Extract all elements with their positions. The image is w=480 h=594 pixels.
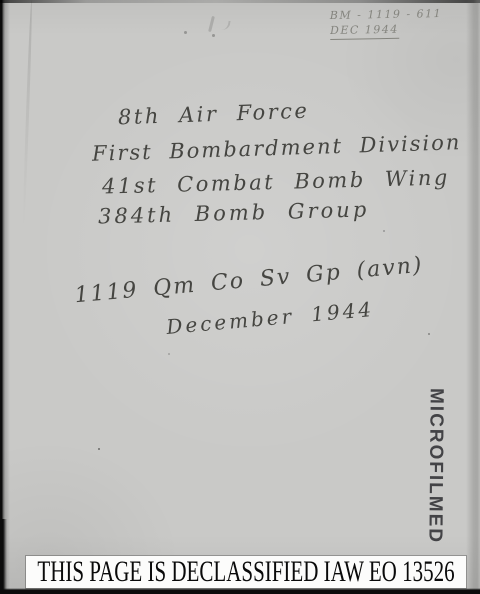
declassification-text: THIS PAGE IS DECLASSIFIED IAW EO 13526: [37, 557, 454, 587]
handwriting-date: December 1944: [165, 297, 375, 339]
paper-texture: [0, 0, 480, 594]
handwriting-line-bomb-group: 384th Bomb Group: [98, 197, 370, 228]
declassification-banner: THIS PAGE IS DECLASSIFIED IAW EO 13526: [26, 556, 466, 588]
paper-crease: [22, 0, 33, 230]
film-edge-right-shadow: [466, 0, 480, 594]
microfilmed-stamp: MICROFILMED: [423, 388, 446, 553]
pencil-reference-number: BM - 1119 - 611: [329, 7, 441, 23]
film-edge-bottom: [0, 588, 480, 594]
handwriting-line-air-force: 8th Air Force: [118, 99, 310, 130]
film-edge-bottom-left: [0, 519, 7, 594]
faint-pencil-smudge: [198, 14, 224, 38]
scan-page: BM - 1119 - 611 DEC 1944 8th Air Force F…: [0, 0, 480, 594]
film-edge-top: [0, 0, 480, 3]
handwriting-line-combat-bomb-wing: 41st Combat Bomb Wing: [102, 165, 450, 198]
handwriting-line-bombardment-division: First Bombardment Division: [92, 130, 462, 166]
pencil-date-note: DEC 1944: [330, 23, 399, 40]
pencil-note: BM - 1119 - 611 DEC 1944: [329, 7, 442, 40]
dust-specks: [98, 448, 100, 450]
film-edge-left: [0, 0, 10, 594]
